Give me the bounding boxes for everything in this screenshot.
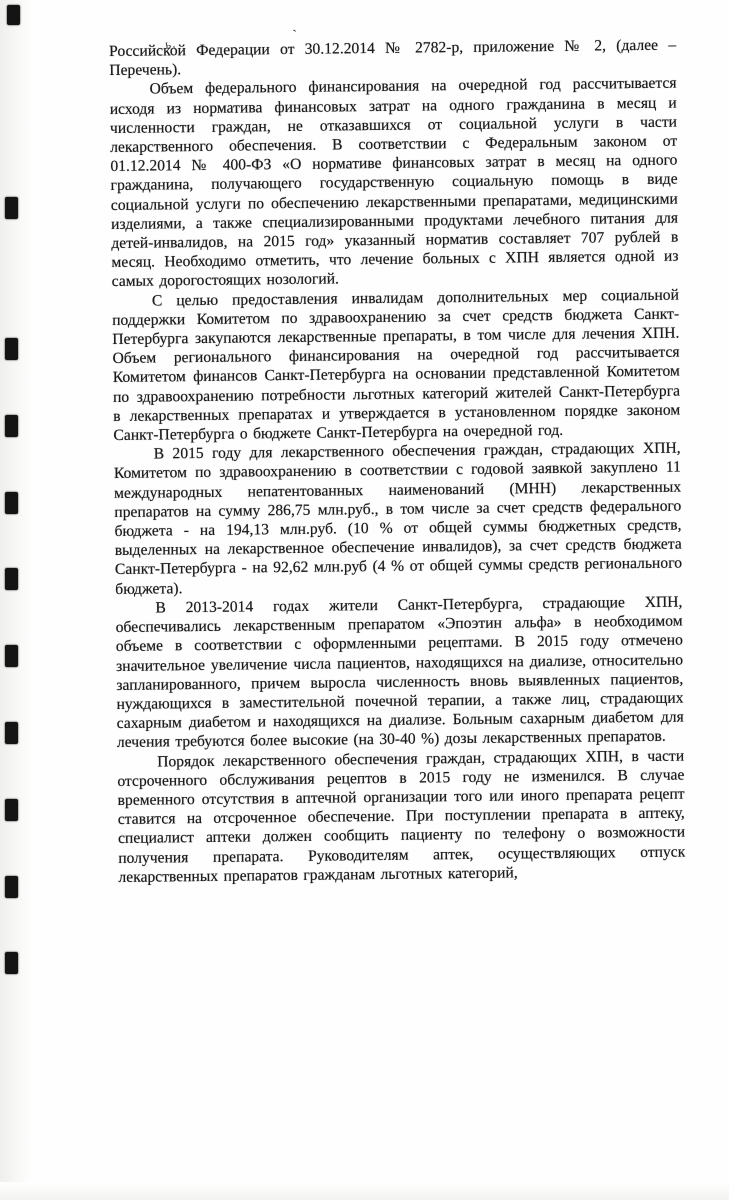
paragraph: С целью предоставления инвалидам дополни… bbox=[112, 285, 681, 445]
paragraph: В 2015 году для лекарственного обеспечен… bbox=[114, 439, 683, 599]
scan-black-mark bbox=[5, 415, 18, 437]
paragraph: Объем федерального финансирования на оче… bbox=[109, 74, 678, 292]
scanned-document-page: ь. ˋ Российской Федерации от 30.12.2014 … bbox=[0, 0, 729, 1200]
scan-black-mark bbox=[5, 492, 18, 514]
paragraph: Порядок лекарственного обеспечения гражд… bbox=[117, 746, 685, 887]
scan-black-mark bbox=[5, 645, 18, 667]
paragraph: В 2013-2014 годах жители Санкт-Петербург… bbox=[115, 592, 684, 752]
scan-edge-shadow-bottom bbox=[0, 1182, 729, 1200]
scan-black-mark bbox=[5, 952, 18, 974]
scan-black-mark bbox=[5, 197, 18, 219]
scan-edge-shadow-left bbox=[0, 0, 34, 1200]
scan-black-mark bbox=[5, 799, 18, 821]
scan-black-mark bbox=[5, 876, 18, 898]
scan-black-mark bbox=[7, 5, 20, 25]
document-text-block: Российской Федерации от 30.12.2014 № 278… bbox=[109, 36, 686, 887]
scan-black-mark bbox=[5, 338, 18, 360]
scan-black-mark bbox=[5, 722, 18, 744]
scan-black-mark bbox=[5, 568, 18, 590]
paragraph-continuation: Российской Федерации от 30.12.2014 № 278… bbox=[109, 36, 676, 81]
